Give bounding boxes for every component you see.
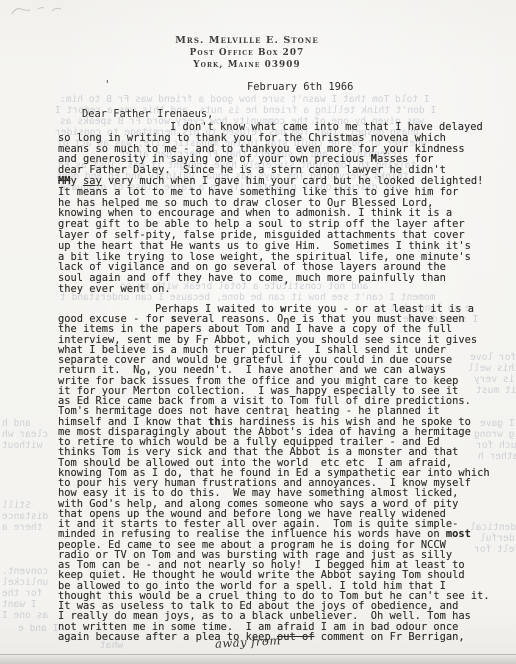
letter-body: I don't know what came into me that I ha… [58,122,508,642]
bleedthrough-text: unlickel [2,577,48,588]
typed-line: keep quiet. He thought he would write th… [58,570,508,580]
letterhead: Mrs. Melville E. Stone Post Office Box 2… [97,35,397,71]
date-line: February 6th 1966 [247,81,353,93]
letter-page: I told Tom that I wasn't sure how good a… [0,0,516,664]
scan-bottom-edge [0,654,516,664]
bleedthrough-text: I told Tom that I wasn't sure how good a… [60,94,430,105]
letterhead-name: Mrs. Melville E. Stone [97,35,397,47]
typed-line: return it. No, you needn't. I have anoth… [58,365,508,375]
bleedthrough-text: Still [2,500,31,511]
typed-line: how easy it is to do this. We may have s… [58,488,508,498]
bleedthrough-text: clear wh [2,429,48,440]
salutation: Dear Father Irenaeus, [82,108,213,120]
bleedthrough-text: there a [2,522,42,533]
typed-line: thinks Tom is very sick and that the Abb… [58,447,508,457]
stray-apostrophe-mark: ' [104,78,111,91]
typed-line: again because after a plea to keep out o… [58,632,508,642]
letter-paragraph: Perhaps I waited to write you - or at le… [58,304,508,642]
letterhead-address-line1: Post Office Box 207 [97,47,397,59]
pencil-mark [10,3,68,19]
bleedthrough-text: distance [2,511,48,522]
typed-line: It means a lot to me to have something l… [58,187,508,198]
bleedthrough-text: as one I [2,610,48,621]
bleedthrough-text: convent. [2,566,48,577]
bleedthrough-text: I want [2,599,37,610]
letterhead-address-line2: York, Maine 03909 [97,59,397,71]
typed-line: Tom's hermitage does not have central he… [58,406,508,416]
handwritten-annotation: away from [215,633,281,650]
bleedthrough-text: for the [2,588,42,599]
typed-line: I really do mean joys, as to a black unb… [58,611,508,621]
typed-line: so long in writing to thank you for the … [58,133,508,144]
bleedthrough-text: and h [2,418,31,429]
typed-line: minded in refusing to realise the influe… [58,529,508,539]
typed-line: up the heart that He wants us to give Hi… [58,241,508,252]
bleedthrough-text: I and e [18,623,58,634]
bleedthrough-text: without [2,440,42,451]
letter-paragraph: I don't know what came into me that I ha… [58,122,508,295]
